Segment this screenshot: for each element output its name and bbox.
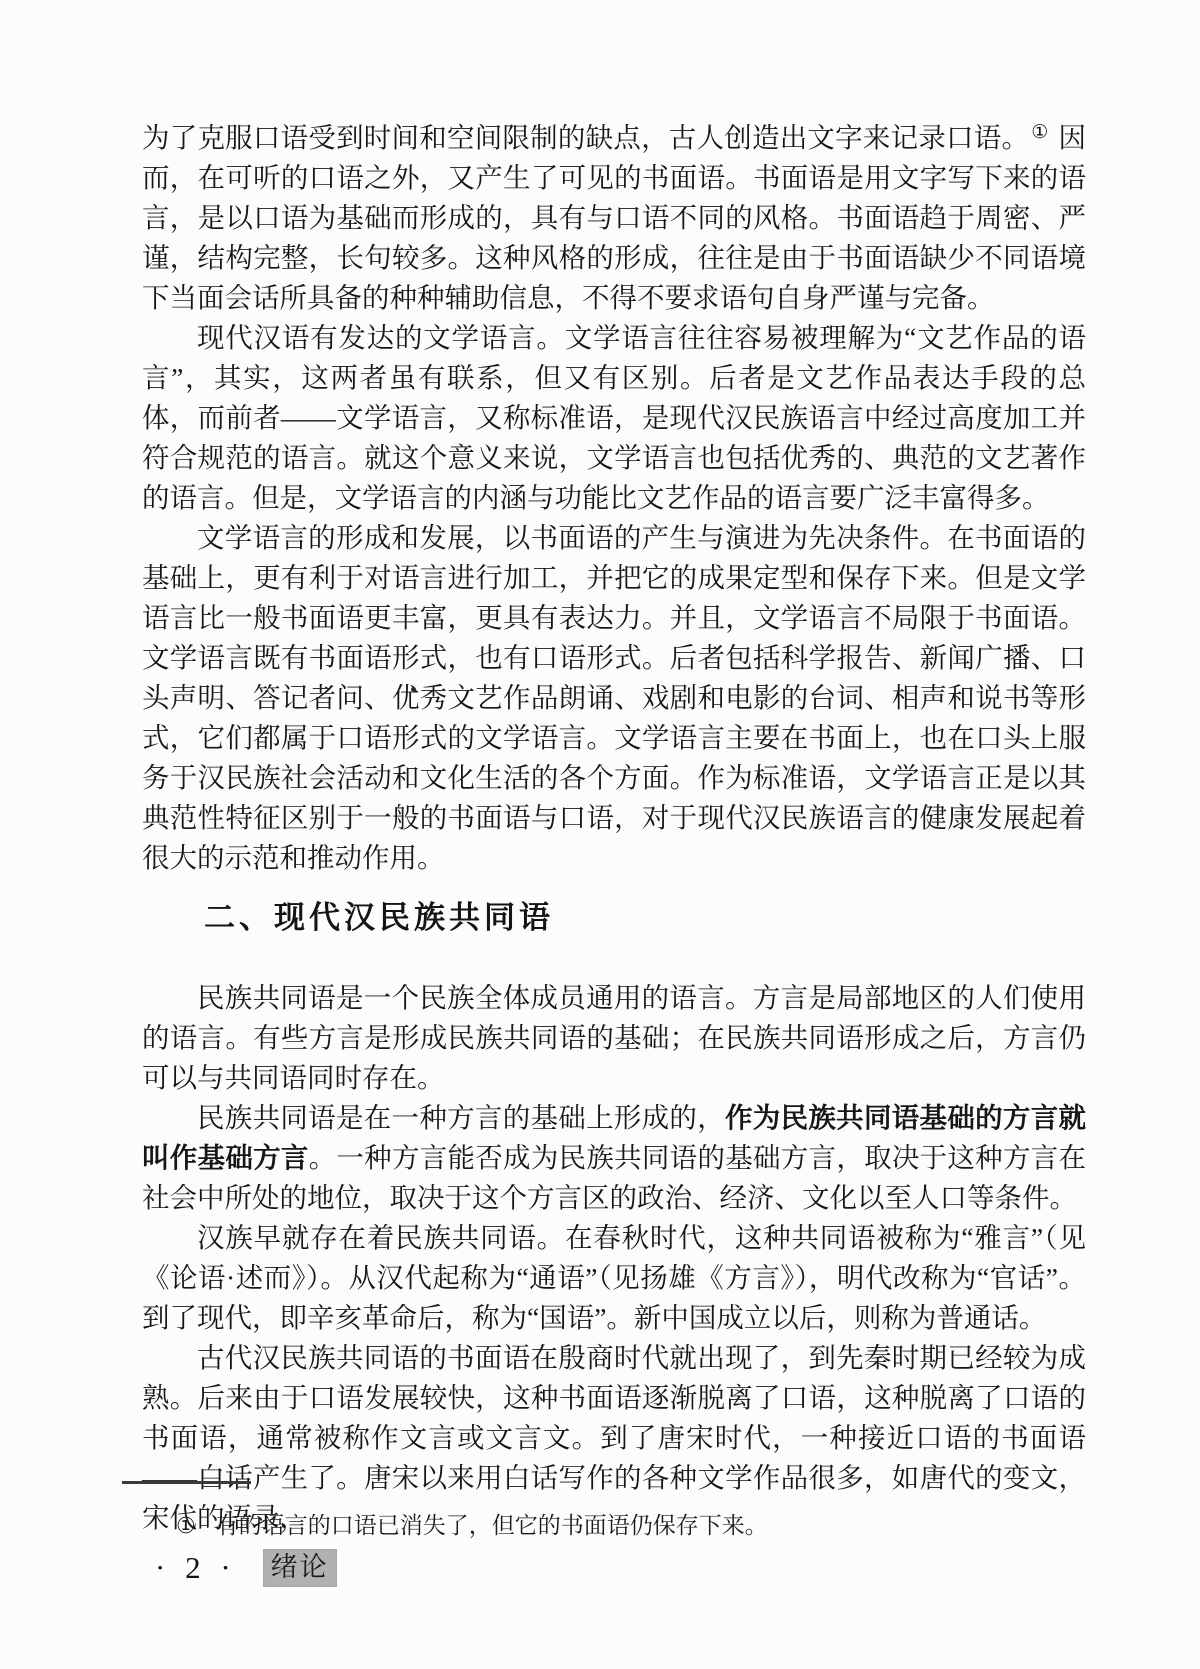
paragraph-3: 文学语言的形成和发展，以书面语的产生与演进为先决条件。在书面语的基础上，更有利于… <box>142 518 1086 878</box>
footnote-marker: ① <box>176 1514 196 1539</box>
scan-artifact-dot <box>411 687 416 692</box>
paragraph-4: 民族共同语是一个民族全体成员通用的语言。方言是局部地区的人们使用的语言。有些方言… <box>142 978 1086 1098</box>
document-page: 为了克服口语受到时间和空间限制的缺点，古人创造出文字来记录口语。①因而，在可听的… <box>0 0 1200 1669</box>
section-heading: 二、现代汉民族共同语 <box>204 896 1086 940</box>
section-label-badge: 绪论 <box>263 1549 337 1587</box>
paragraph-7: 古代汉民族共同语的书面语在殷商时代就出现了，到先秦时期已经较为成熟。后来由于口语… <box>142 1338 1086 1538</box>
footnote: ①有的语言的口语已消失了，但它的书面语仍保存下来。 <box>176 1510 1076 1543</box>
paragraph-2: 现代汉语有发达的文学语言。文学语言往往容易被理解为“文艺作品的语言”，其实，这两… <box>142 318 1086 518</box>
text-column: 为了克服口语受到时间和空间限制的缺点，古人创造出文字来记录口语。①因而，在可听的… <box>142 118 1086 1538</box>
paragraph-1: 为了克服口语受到时间和空间限制的缺点，古人创造出文字来记录口语。①因而，在可听的… <box>142 118 1086 318</box>
footnote-text: 有的语言的口语已消失了，但它的书面语仍保存下来。 <box>216 1513 768 1538</box>
page-number: · 2 · <box>155 1550 237 1586</box>
page-footer: · 2 · 绪论 <box>155 1549 337 1587</box>
paragraph-1-text: 为了克服口语受到时间和空间限制的缺点，古人创造出文字来记录口语。 <box>142 122 1029 153</box>
paragraph-6: 汉族早就存在着民族共同语。在春秋时代，这种共同语被称为“雅言”（见《论语·述而》… <box>142 1218 1086 1338</box>
paragraph-5: 民族共同语是在一种方言的基础上形成的，作为民族共同语基础的方言就叫作基础方言。一… <box>142 1098 1086 1218</box>
footnote-separator-rule <box>122 1481 251 1484</box>
paragraph-5-text: 民族共同语是在一种方言的基础上形成的， <box>197 1102 725 1133</box>
footnote-reference-1: ① <box>1031 121 1048 143</box>
